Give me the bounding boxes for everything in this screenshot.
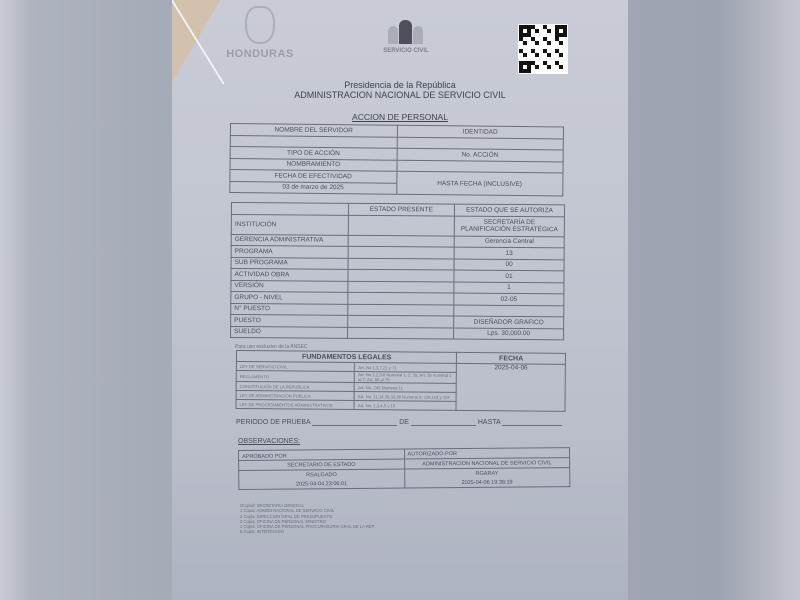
estado-row-label: GRUPO - NIVEL <box>231 292 348 304</box>
estado-row-autoriza <box>454 305 564 317</box>
hasta-label: HASTA FECHA (INCLUSIVE) <box>396 171 563 196</box>
estado-row-presente <box>347 315 454 327</box>
periodo-hasta-blank <box>502 418 562 426</box>
estado-row-label: N° PUESTO <box>231 303 348 315</box>
estado-row-autoriza: 02-05 <box>454 293 564 305</box>
servicio-civil-text: SERVICIO CIVIL <box>376 48 436 54</box>
estado-row-label: GERENCIA ADMINISTRATIVA <box>231 234 348 246</box>
estado-row-autoriza: 00 <box>454 259 564 271</box>
estado-row-presente <box>347 327 454 339</box>
document-title: ACCION DE PERSONAL <box>230 112 570 122</box>
estado-row-label: SUELDO <box>231 326 348 338</box>
periodo-de-label: DE <box>399 419 409 426</box>
estado-row-label: PROGRAMA <box>231 246 348 258</box>
estado-row-presente <box>348 258 455 270</box>
qr-code[interactable] <box>518 24 568 74</box>
header-line-2: ADMINISTRACION NACIONAL DE SERVICIO CIVI… <box>230 90 570 100</box>
coat-of-arms-icon <box>245 6 275 44</box>
estado-row-presente <box>347 269 454 281</box>
estado-autoriza-header: ESTADO QUE SE AUTORIZA <box>455 204 565 216</box>
periodo-blank <box>312 418 397 426</box>
estado-row-autoriza: Gerencia Central <box>454 236 564 248</box>
fundamento-articulos: Art. No. 1,3,4,5 y 10 <box>354 401 456 411</box>
servicio-civil-logo: SERVICIO CIVIL <box>376 18 436 54</box>
estado-row-label: VERSIÓN <box>231 280 348 292</box>
autorizado-fecha: 2025-04-06 19:38:19 <box>404 477 570 488</box>
folded-corner <box>172 0 224 84</box>
honduras-logo: HONDURAS <box>222 6 298 60</box>
aprobado-fecha: 2025-04-04 23:06:01 <box>239 479 405 490</box>
estado-row-label: PUESTO <box>231 315 348 327</box>
fundamento-articulos: Art. No 1,2,3,6 Numeral 1, 2, 28, Art. 3… <box>355 372 457 384</box>
estado-row-autoriza: 13 <box>454 247 564 259</box>
estado-row-label: ACTIVIDAD OBRA <box>231 269 348 281</box>
estado-table: ESTADO PRESENTE ESTADO QUE SE AUTORIZA I… <box>230 202 565 340</box>
periodo-prueba: PERIODO DE PRUEBA DE HASTA <box>236 418 562 426</box>
observaciones-label: OBSERVACIONES: <box>238 438 300 445</box>
estado-row: INSTITUCIÓNSECRETARÍA DE PLANIFICACIÓN E… <box>231 214 564 236</box>
estado-row: SUELDOLps. 30,000.00 <box>231 326 564 340</box>
estado-row-autoriza: 01 <box>454 270 564 282</box>
estado-row-presente <box>348 246 455 258</box>
fundamentos-fecha: 2025-04-06 <box>456 363 565 411</box>
fundamentos-table: FUNDAMENTOS LEGALES FECHA LEY DE SERVICI… <box>235 350 566 412</box>
estado-row-autoriza: Lps. 30,000.00 <box>454 328 564 340</box>
estado-row-presente <box>348 235 455 247</box>
estado-row-autoriza: SECRETARÍA DE PLANIFICACIÓN ESTRATÉGICA <box>454 216 564 237</box>
estado-row-autoriza: 1 <box>454 282 564 294</box>
honduras-logo-text: HONDURAS <box>222 48 298 60</box>
periodo-label: PERIODO DE PRUEBA <box>236 419 310 426</box>
estado-row-presente <box>347 292 454 304</box>
header-line-1: Presidencia de la República <box>230 80 570 90</box>
estado-row-presente <box>347 281 454 293</box>
distribution-item: 5 Copia: INTERESADO <box>240 529 374 534</box>
people-raising-hands-icon <box>384 18 428 44</box>
estado-row-presente <box>348 215 455 236</box>
estado-row-autoriza: DISEÑADOR GRAFICO <box>454 316 564 328</box>
estado-row-label: INSTITUCIÓN <box>231 214 348 235</box>
fundamento-ley: LEY DE PROCEDIMIENTOS ADMINISTRATIVOS <box>236 400 355 410</box>
distribution-list: Original: SECRETARIA GENERAL1 Copia: ADM… <box>240 503 374 535</box>
firmas-table: APROBADO POR AUTORIZADO POR SECRETARIO D… <box>238 447 570 490</box>
estado-row-presente <box>347 304 454 316</box>
fecha-value: 03 de marzo de 2025 <box>230 181 397 194</box>
estado-presente-header: ESTADO PRESENTE <box>348 203 455 215</box>
periodo-de-blank <box>411 418 476 426</box>
servidor-table: NOMBRE DEL SERVIDORIDENTIDAD TIPO DE ACC… <box>229 123 564 196</box>
periodo-hasta-label: HASTA <box>478 419 500 426</box>
estado-row-label: SUB PROGRAMA <box>231 257 348 269</box>
